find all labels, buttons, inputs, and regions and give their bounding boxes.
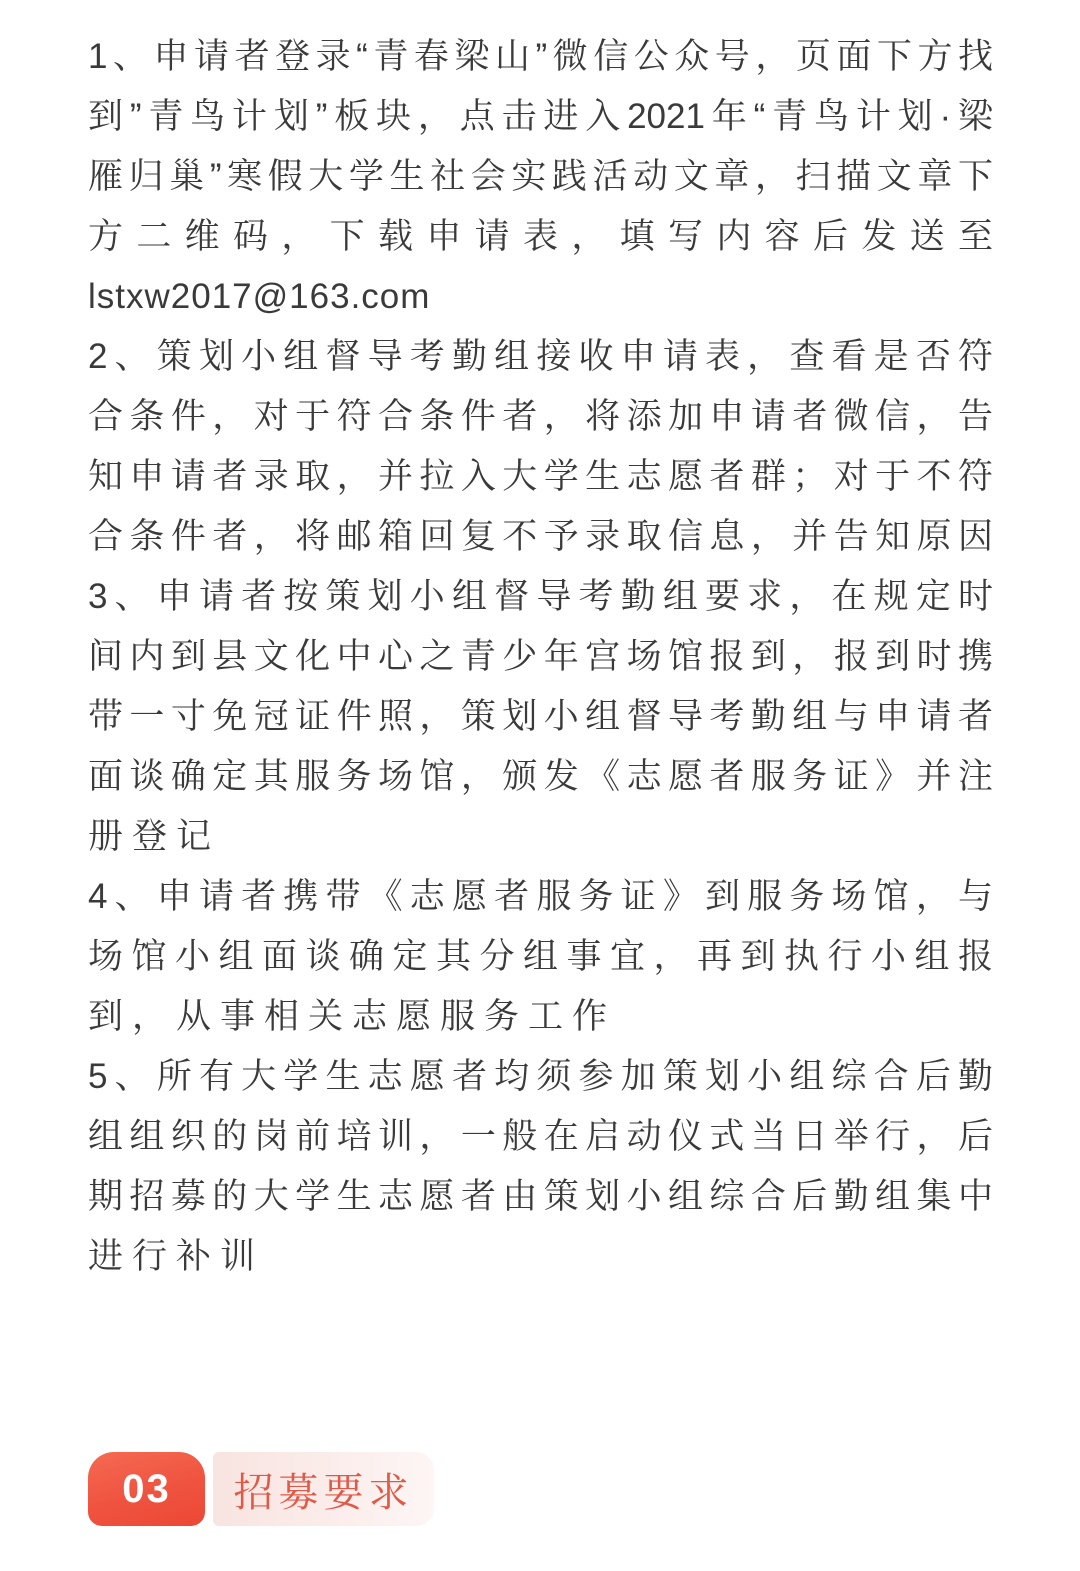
text-line: 2、策划小组督导考勤组接收申请表，查看是否符 (88, 327, 993, 387)
text-line: 3、申请者按策划小组督导考勤组要求，在规定时 (88, 567, 993, 627)
text-line: 4、申请者携带《志愿者服务证》到服务场馆，与 (88, 867, 993, 927)
text-line: 册登记 (88, 807, 993, 867)
text-line: 合条件者，将邮箱回复不予录取信息，并告知原因 (88, 507, 993, 567)
paragraph-3: 3、申请者按策划小组督导考勤组要求，在规定时 间内到县文化中心之青少年宫场馆报到… (88, 567, 993, 867)
text-line: 进行补训 (88, 1227, 993, 1287)
section-header: 03 招募要求 (88, 1452, 1080, 1526)
text-line: 间内到县文化中心之青少年宫场馆报到，报到时携 (88, 627, 993, 687)
paragraph-2: 2、策划小组督导考勤组接收申请表，查看是否符 合条件，对于符合条件者，将添加申请… (88, 327, 993, 567)
text-line: 面谈确定其服务场馆，颁发《志愿者服务证》并注 (88, 747, 993, 807)
email-text: lstxw2017@163.com (88, 267, 993, 327)
section-number: 03 (122, 1467, 171, 1512)
text-line: 1、申请者登录“青春梁山”微信公众号，页面下方找 (88, 27, 993, 87)
article-page: 1、申请者登录“青春梁山”微信公众号，页面下方找 到”青鸟计划”板块，点击进入2… (0, 0, 1080, 1571)
text-line: 知申请者录取，并拉入大学生志愿者群；对于不符 (88, 447, 993, 507)
paragraph-5: 5、所有大学生志愿者均须参加策划小组综合后勤 组组织的岗前培训，一般在启动仪式当… (88, 1047, 993, 1287)
text-line: 雁归巢”寒假大学生社会实践活动文章，扫描文章下 (88, 147, 993, 207)
paragraph-4: 4、申请者携带《志愿者服务证》到服务场馆，与 场馆小组面谈确定其分组事宜，再到执… (88, 867, 993, 1047)
section-number-badge: 03 (88, 1452, 205, 1526)
article-body: 1、申请者登录“青春梁山”微信公众号，页面下方找 到”青鸟计划”板块，点击进入2… (0, 0, 1080, 1287)
text-line: 场馆小组面谈确定其分组事宜，再到执行小组报 (88, 927, 993, 987)
text-line: 方二维码，下载申请表，填写内容后发送至 (88, 207, 993, 267)
text-line: 5、所有大学生志愿者均须参加策划小组综合后勤 (88, 1047, 993, 1107)
text-line: 期招募的大学生志愿者由策划小组综合后勤组集中 (88, 1167, 993, 1227)
text-line: 带一寸免冠证件照，策划小组督导考勤组与申请者 (88, 687, 993, 747)
text-line: 到，从事相关志愿服务工作 (88, 987, 993, 1047)
paragraph-1: 1、申请者登录“青春梁山”微信公众号，页面下方找 到”青鸟计划”板块，点击进入2… (88, 27, 993, 327)
text-line: 组组织的岗前培训，一般在启动仪式当日举行，后 (88, 1107, 993, 1167)
section-title-bar: 招募要求 (213, 1452, 434, 1526)
section-title: 招募要求 (234, 1461, 414, 1518)
text-line: 合条件，对于符合条件者，将添加申请者微信，告 (88, 387, 993, 447)
text-line: 到”青鸟计划”板块，点击进入2021年“青鸟计划·梁 (88, 87, 993, 147)
